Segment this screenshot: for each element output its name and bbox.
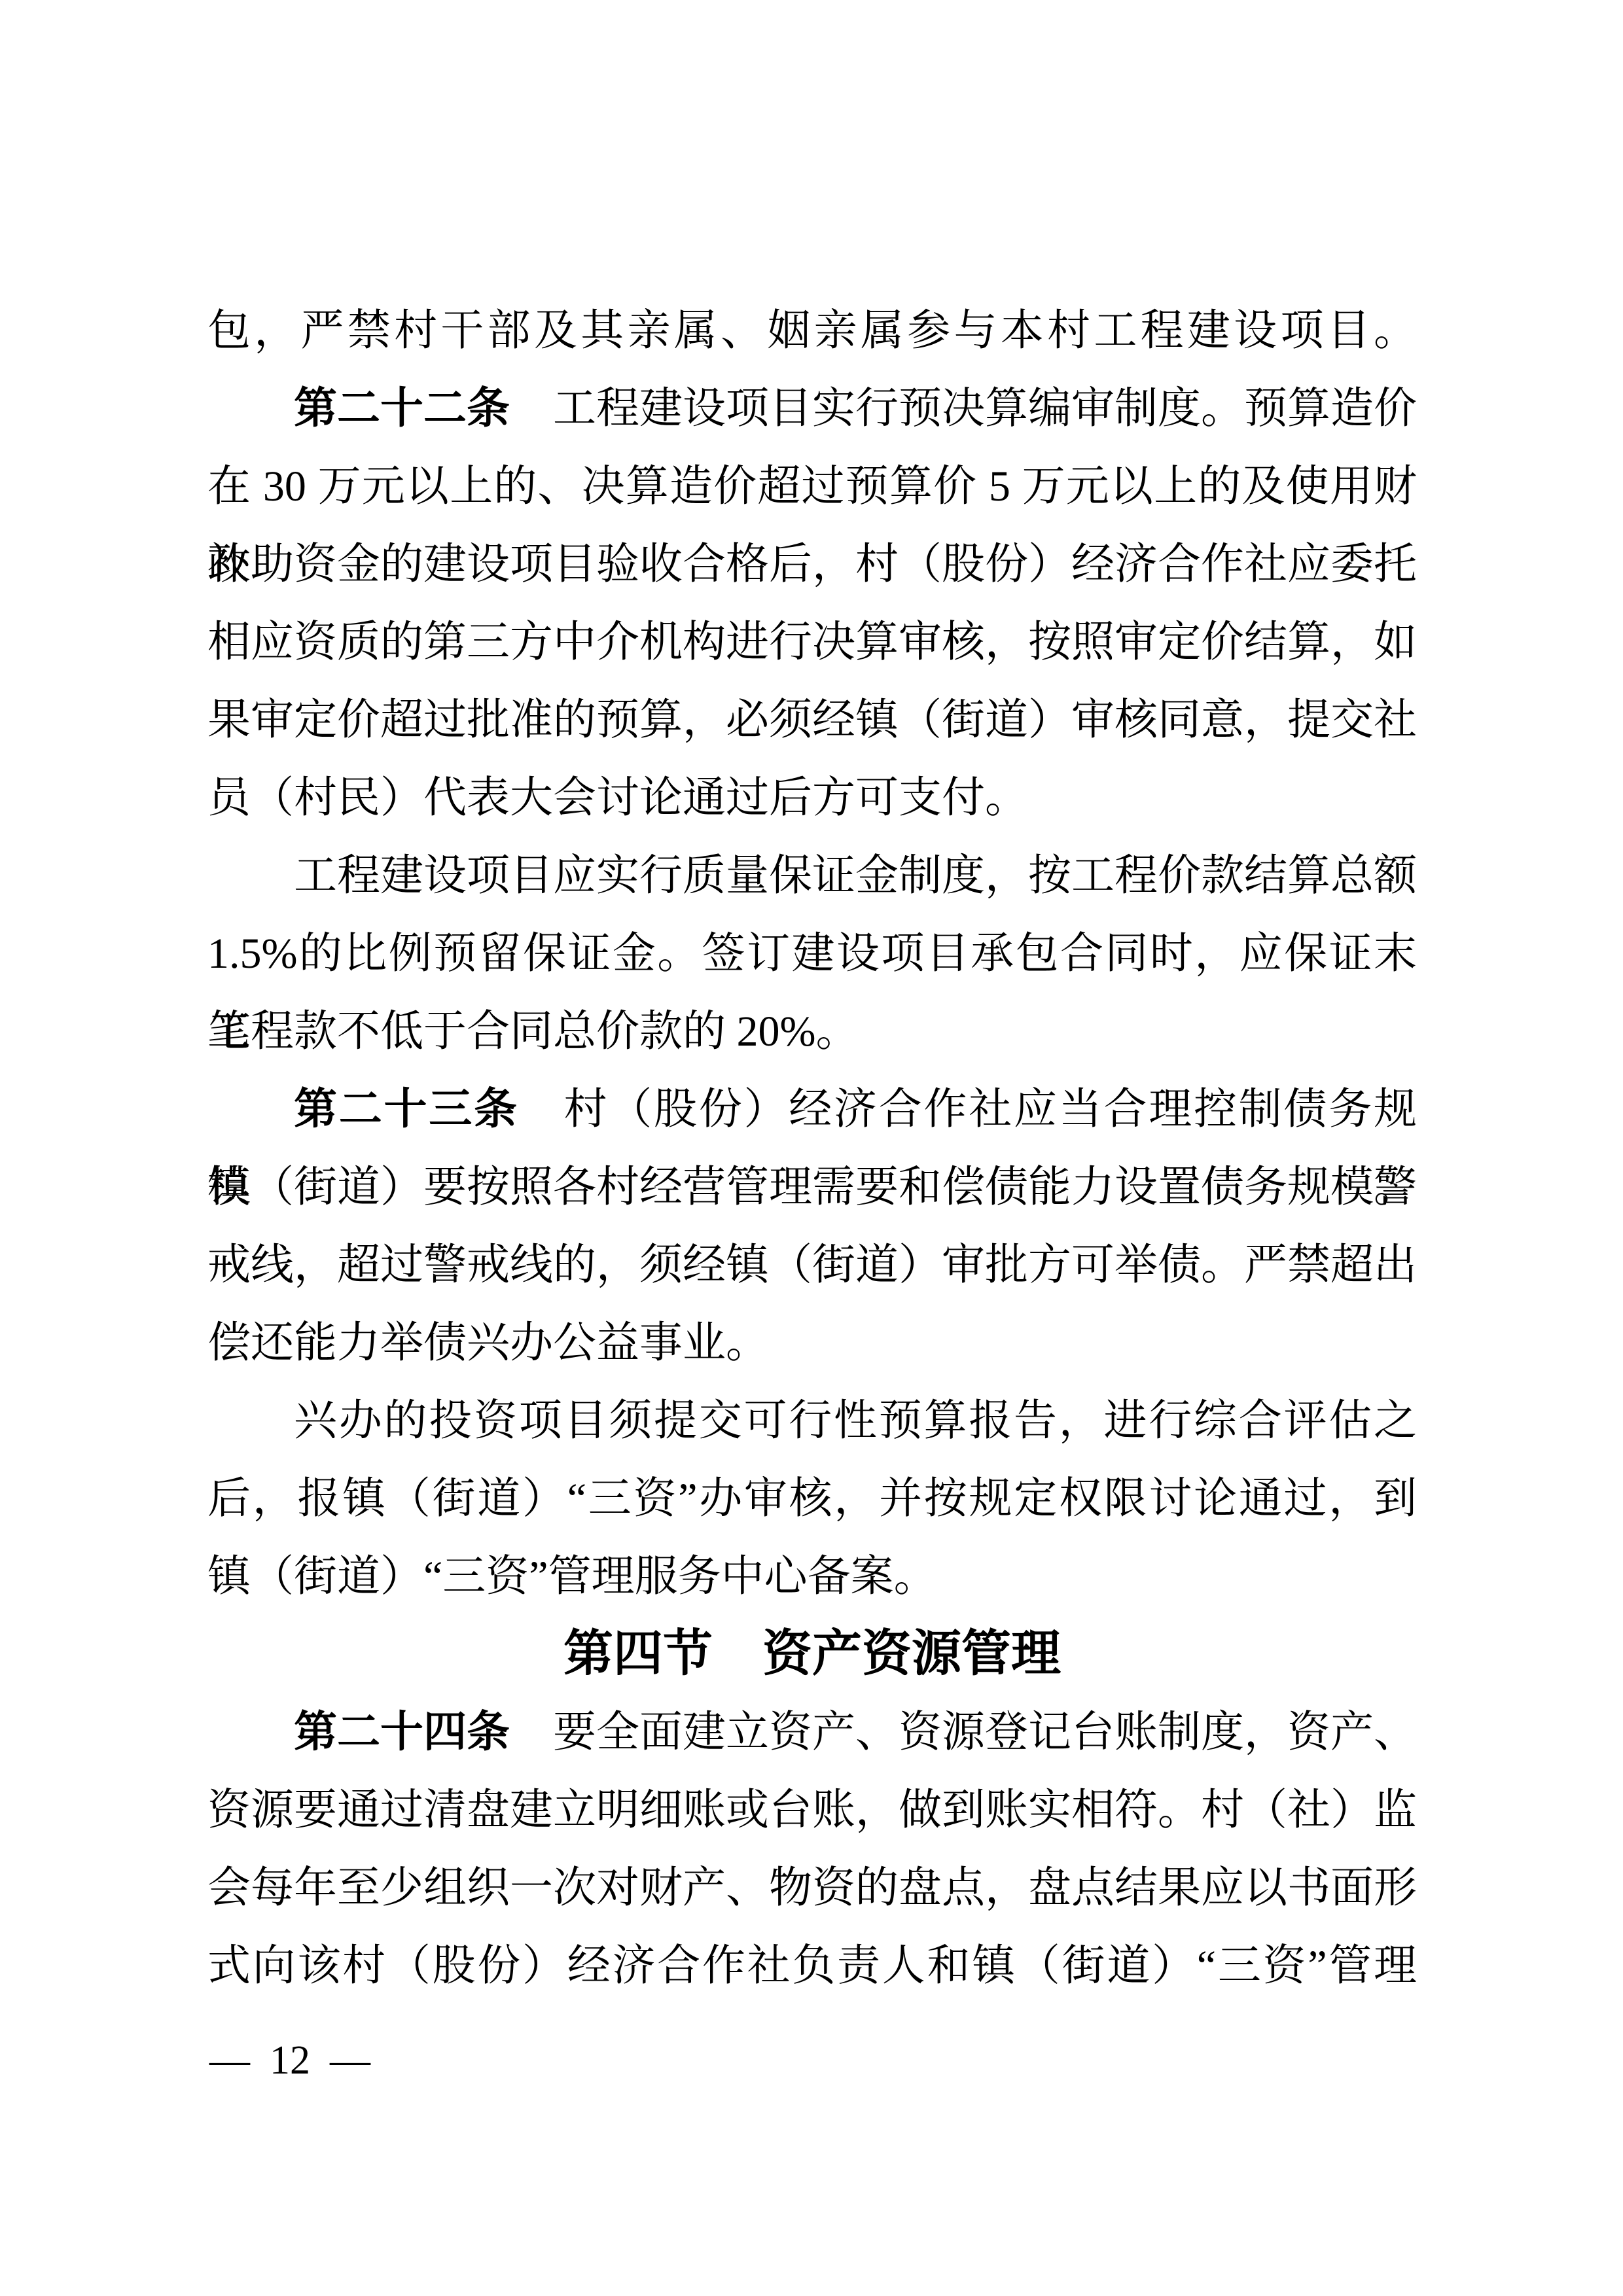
page-footer: — 12 —	[209, 2040, 370, 2081]
text-block: 包，严禁村干部及其亲属、姻亲属参与本村工程建设项目。第二十二条 工程建设项目实行…	[207, 292, 1417, 2005]
text-line: 镇（街道）要按照各村经营管理需要和偿债能力设置债务规模警	[207, 1148, 1417, 1226]
text-line: 相应资质的第三方中介机构进行决算审核，按照审定价结算，如	[207, 603, 1417, 681]
text-line: 包，严禁村干部及其亲属、姻亲属参与本村工程建设项目。	[207, 292, 1417, 370]
text-line: 第二十二条 工程建设项目实行预决算编审制度。预算造价	[207, 370, 1417, 448]
text-line: 补助资金的建设项目验收合格后，村（股份）经济合作社应委托	[207, 525, 1417, 603]
article-number: 第二十三条	[294, 1086, 519, 1133]
text-line: 兴办的投资项目须提交可行性预算报告，进行综合评估之	[207, 1382, 1417, 1460]
text-line: 第二十三条 村（股份）经济合作社应当合理控制债务规模。	[207, 1070, 1417, 1148]
page-number: 12	[270, 2040, 310, 2081]
text-line: 果审定价超过批准的预算，必须经镇（街道）审核同意，提交社	[207, 681, 1417, 759]
text-line: 会每年至少组织一次对财产、物资的盘点，盘点结果应以书面形	[207, 1849, 1417, 1927]
text-line: 第二十四条 要全面建立资产、资源登记台账制度，资产、	[207, 1693, 1417, 1771]
document-page: 包，严禁村干部及其亲属、姻亲属参与本村工程建设项目。第二十二条 工程建设项目实行…	[0, 0, 1623, 2296]
text-line: 工程款不低于合同总价款的 20%。	[207, 993, 1417, 1070]
article-number: 第二十四条	[294, 1708, 510, 1756]
section-heading: 第四节 资产资源管理	[207, 1616, 1417, 1693]
article-number: 第二十二条	[294, 385, 510, 433]
text-line: 后，报镇（街道）“三资”办审核，并按规定权限讨论通过，到	[207, 1460, 1417, 1538]
text-line: 工程建设项目应实行质量保证金制度，按工程价款结算总额	[207, 837, 1417, 915]
text-line: 在 30 万元以上的、决算造价超过预算价 5 万元以上的及使用财政	[207, 448, 1417, 525]
text-line: 员（村民）代表大会讨论通过后方可支付。	[207, 759, 1417, 837]
text-line: 式向该村（股份）经济合作社负责人和镇（街道）“三资”管理	[207, 1927, 1417, 2005]
text-line: 1.5%的比例预留保证金。签订建设项目承包合同时，应保证末笔	[207, 915, 1417, 993]
text-line: 资源要通过清盘建立明细账或台账，做到账实相符。村（社）监	[207, 1771, 1417, 1849]
footer-dash-right: —	[330, 2040, 370, 2081]
text-line: 偿还能力举债兴办公益事业。	[207, 1304, 1417, 1382]
text-line: 戒线，超过警戒线的，须经镇（街道）审批方可举债。严禁超出	[207, 1226, 1417, 1304]
text-line: 镇（街道）“三资”管理服务中心备案。	[207, 1538, 1417, 1616]
footer-dash-left: —	[209, 2040, 250, 2081]
